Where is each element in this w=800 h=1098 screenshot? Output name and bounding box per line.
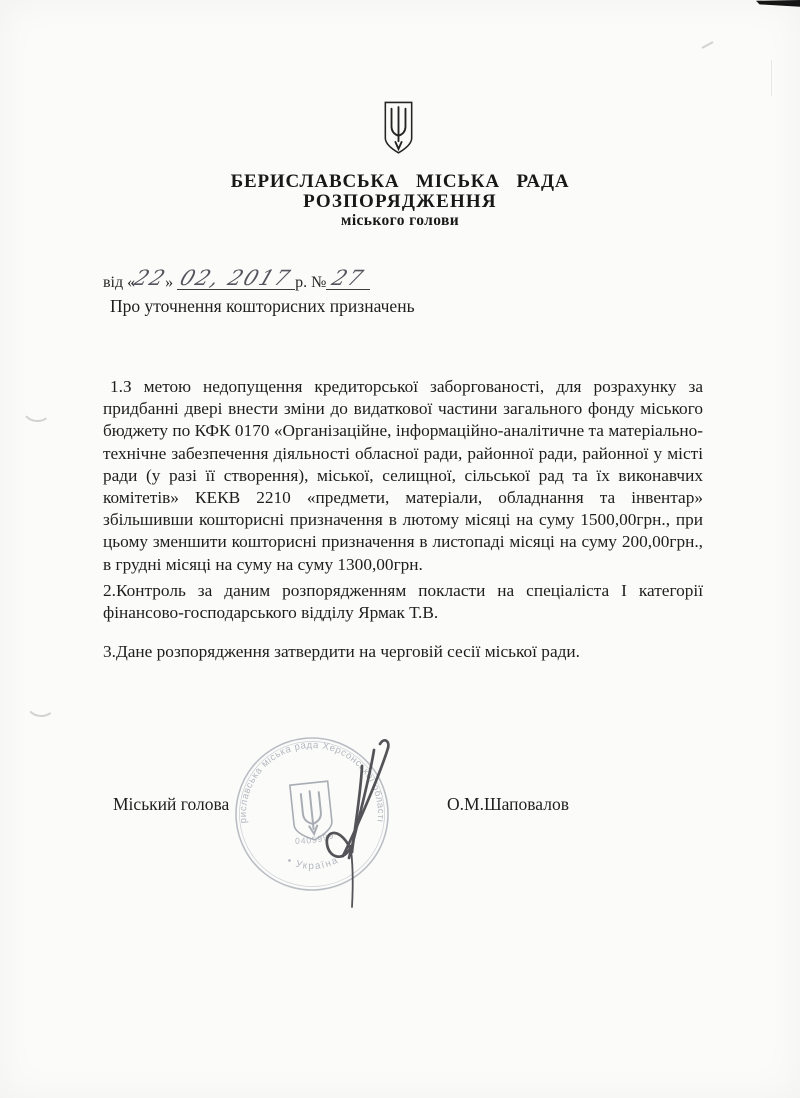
doc-number-slot: 27 — [326, 268, 370, 290]
scan-fleck — [701, 41, 713, 49]
date-value-slot: 02, 2017 — [177, 268, 295, 290]
doc-author-line: міського голови — [0, 212, 800, 230]
signature-title: Міський голова — [113, 794, 229, 815]
paragraph-3: 3.Дане розпорядження затвердити на черго… — [103, 641, 703, 663]
scan-crease — [771, 60, 772, 96]
handwritten-date: 02, 2017 — [177, 266, 295, 290]
org-name: БЕРИСЛАВСЬКА МІСЬКА РАДА — [0, 171, 800, 193]
handwritten-number: 27 — [329, 266, 368, 290]
doc-type-title: РОЗПОРЯДЖЕННЯ — [0, 191, 800, 213]
scan-corner-artifact — [756, 0, 800, 8]
hole-punch-shadow — [21, 395, 54, 424]
date-number-line: від «22» 02, 2017р. №27 — [103, 268, 370, 298]
paragraph-1: 1.З метою недопущення кредиторської забо… — [103, 376, 703, 576]
handwritten-day: 22 — [130, 266, 169, 290]
date-day-slot: 22 — [133, 268, 167, 290]
subject-line: Про уточнення кошторисних призначень — [110, 296, 415, 317]
scanned-decree-page: БЕРИСЛАВСЬКА МІСЬКА РАДА РОЗПОРЯДЖЕННЯ м… — [0, 0, 800, 1098]
date-suffix: р. № — [295, 274, 326, 291]
handwritten-signature — [305, 726, 400, 911]
hole-punch-shadow — [25, 690, 57, 718]
paragraph-2: 2.Контроль за даним розпорядженням покла… — [103, 580, 703, 624]
signature-name: О.М.Шаповалов — [447, 794, 569, 815]
ukraine-trident-emblem-icon — [383, 99, 414, 157]
